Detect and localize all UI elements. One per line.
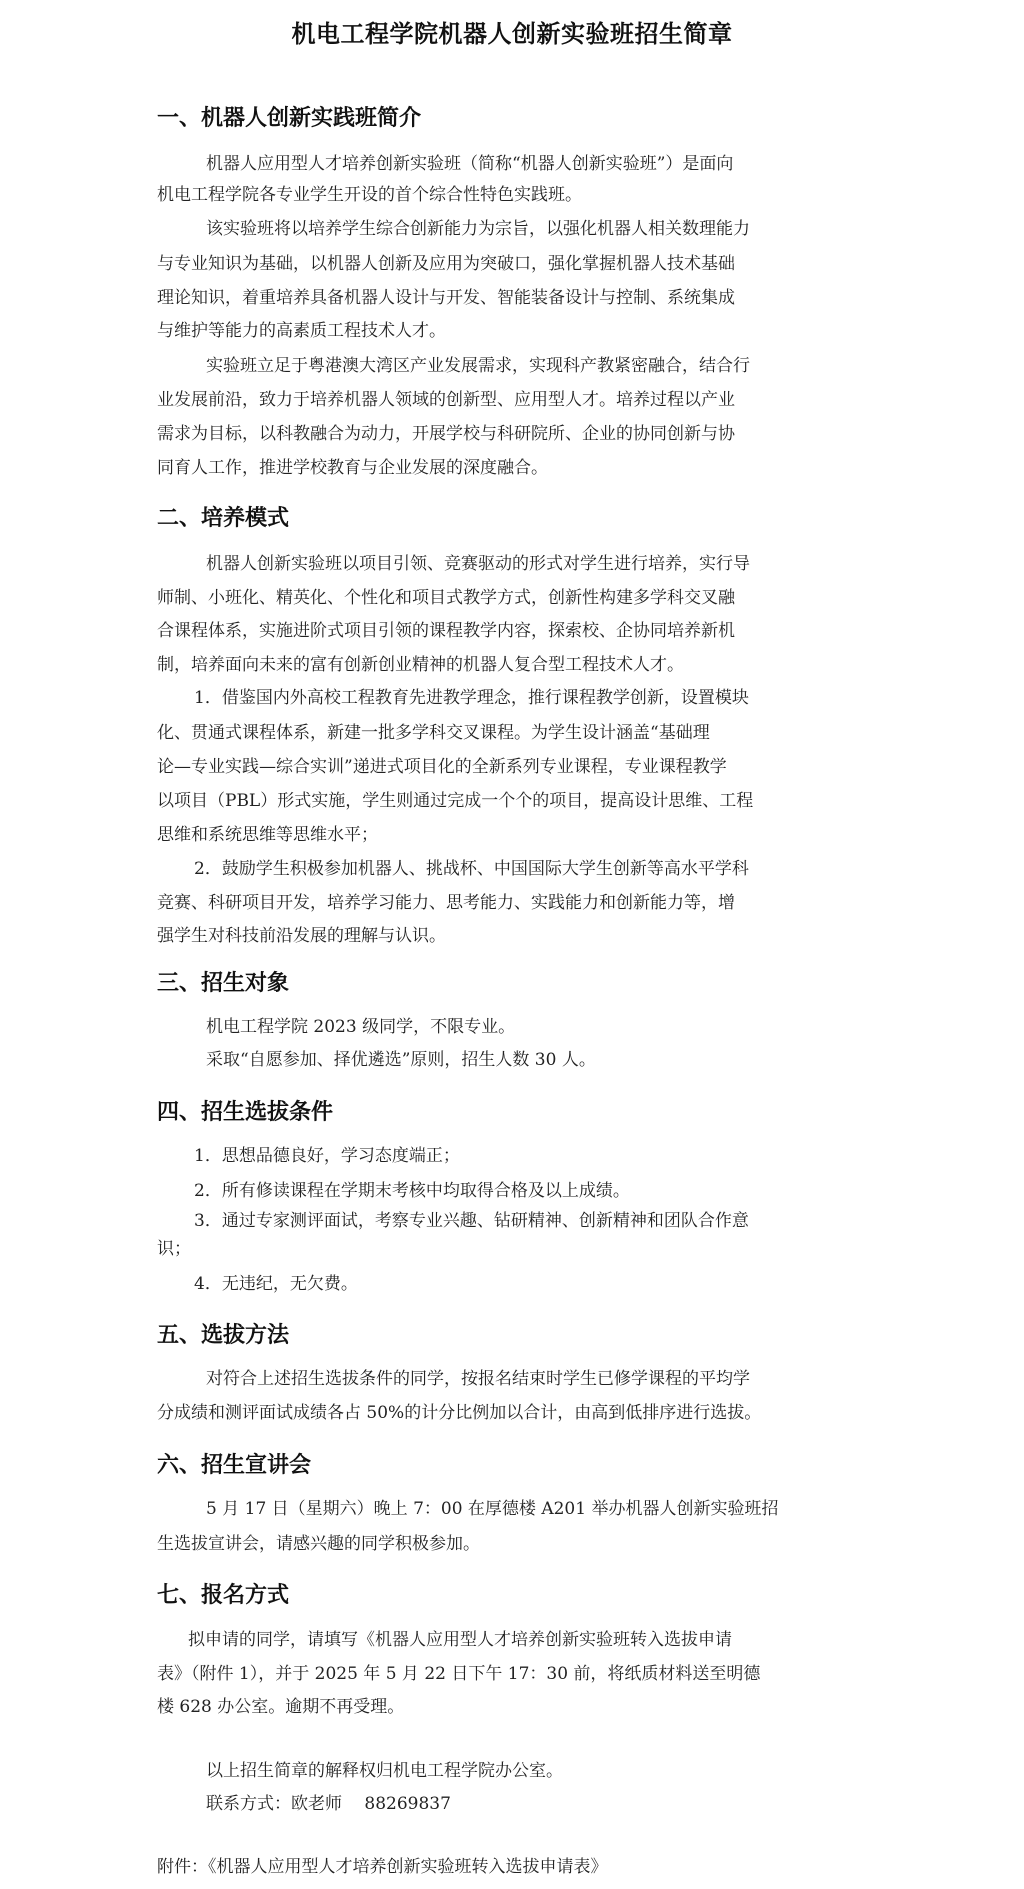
paragraph-line: 该实验班将以培养学生综合创新能力为宗旨，以强化机器人相关数理能力: [206, 214, 750, 244]
section-heading-registration: 七、报名方式: [157, 1580, 289, 1612]
interpretation-note: 以上招生简章的解释权归机电工程学院办公室。: [206, 1756, 563, 1786]
paragraph-line: 与专业知识为基础，以机器人创新及应用为突破口，强化掌握机器人技术基础: [157, 249, 735, 279]
paragraph-line: 同育人工作，推进学校教育与企业发展的深度融合。: [157, 453, 548, 483]
section-heading-info-session: 六、招生宣讲会: [157, 1450, 311, 1482]
paragraph-line: 理论知识，着重培养具备机器人设计与开发、智能装备设计与控制、系统集成: [157, 283, 735, 313]
paragraph-line: 强学生对科技前沿发展的理解与认识。: [157, 921, 446, 951]
numbered-item: 2．鼓励学生积极参加机器人、挑战杯、中国国际大学生创新等高水平学科: [194, 854, 749, 884]
paragraph-line: 合课程体系，实施进阶式项目引领的课程教学内容，探索校、企协同培养新机: [157, 616, 735, 646]
paragraph-line: 思维和系统思维等思维水平；: [157, 820, 378, 850]
numbered-item: 2．所有修读课程在学期末考核中均取得合格及以上成绩。: [194, 1176, 630, 1206]
numbered-item: 1．借鉴国内外高校工程教育先进教学理念，推行课程教学创新，设置模块: [194, 683, 749, 713]
paragraph-line: 化、贯通式课程体系，新建一批多学科交叉课程。为学生设计涵盖“基础理: [157, 718, 710, 748]
section-heading-target-students: 三、招生对象: [157, 968, 289, 1000]
numbered-item: 4．无违纪，无欠费。: [194, 1269, 358, 1299]
attachment-note: 附件：《机器人应用型人才培养创新实验班转入选拔申请表》: [157, 1852, 608, 1882]
section-heading-training-mode: 二、培养模式: [157, 503, 289, 535]
section-heading-intro: 一、机器人创新实践班简介: [157, 103, 421, 135]
paragraph-line: 师制、小班化、精英化、个性化和项目式教学方式，创新性构建多学科交叉融: [157, 583, 735, 613]
paragraph-line: 实验班立足于粤港澳大湾区产业发展需求，实现科产教紧密融合，结合行: [206, 351, 750, 381]
paragraph-line: 识；: [157, 1234, 191, 1264]
paragraph-line: 5 月 17 日（星期六）晚上 7：00 在厚德楼 A201 举办机器人创新实验…: [206, 1494, 778, 1524]
paragraph-line: 机器人创新实验班以项目引领、竞赛驱动的形式对学生进行培养，实行导: [206, 549, 750, 579]
paragraph-line: 对符合上述招生选拔条件的同学，按报名结束时学生已修学课程的平均学: [206, 1364, 750, 1394]
paragraph-line: 需求为目标，以科教融合为动力，开展学校与科研院所、企业的协同创新与协: [157, 419, 735, 449]
document-title: 机电工程学院机器人创新实验班招生简章: [0, 16, 1024, 52]
paragraph-line: 竞赛、科研项目开发，培养学习能力、思考能力、实践能力和创新能力等，增: [157, 888, 735, 918]
section-heading-selection-criteria: 四、招生选拔条件: [157, 1097, 333, 1129]
paragraph-line: 与维护等能力的高素质工程技术人才。: [157, 316, 446, 346]
section-heading-selection-method: 五、选拔方法: [157, 1320, 289, 1352]
numbered-item: 1．思想品德良好，学习态度端正；: [194, 1141, 460, 1171]
numbered-item: 3．通过专家测评面试，考察专业兴趣、钻研精神、创新精神和团队合作意: [194, 1206, 749, 1236]
paragraph-line: 以项目（PBL）形式实施，学生则通过完成一个个的项目，提高设计思维、工程: [157, 786, 753, 816]
contact-info: 联系方式：欧老师 88269837: [206, 1789, 451, 1819]
paragraph-line: 论—专业实践—综合实训”递进式项目化的全新系列专业课程，专业课程教学: [157, 752, 727, 782]
paragraph-line: 制，培养面向未来的富有创新创业精神的机器人复合型工程技术人才。: [157, 650, 684, 680]
paragraph-line: 采取“自愿参加、择优遴选”原则，招生人数 30 人。: [206, 1045, 596, 1075]
paragraph-line: 生选拔宣讲会，请感兴趣的同学积极参加。: [157, 1529, 480, 1559]
paragraph-line: 机电工程学院各专业学生开设的首个综合性特色实践班。: [157, 180, 582, 210]
paragraph-line: 机电工程学院 2023 级同学，不限专业。: [206, 1012, 515, 1042]
paragraph-line: 楼 628 办公室。逾期不再受理。: [157, 1692, 404, 1722]
paragraph-line: 拟申请的同学，请填写《机器人应用型人才培养创新实验班转入选拔申请: [188, 1625, 732, 1655]
paragraph-line: 分成绩和测评面试成绩各占 50%的计分比例加以合计，由高到低排序进行选拔。: [157, 1398, 761, 1428]
paragraph-line: 业发展前沿，致力于培养机器人领域的创新型、应用型人才。培养过程以产业: [157, 385, 735, 415]
paragraph-line: 表》（附件 1），并于 2025 年 5 月 22 日下午 17：30 前，将纸…: [157, 1659, 760, 1689]
paragraph-line: 机器人应用型人才培养创新实验班（简称“机器人创新实验班”）是面向: [206, 149, 733, 179]
